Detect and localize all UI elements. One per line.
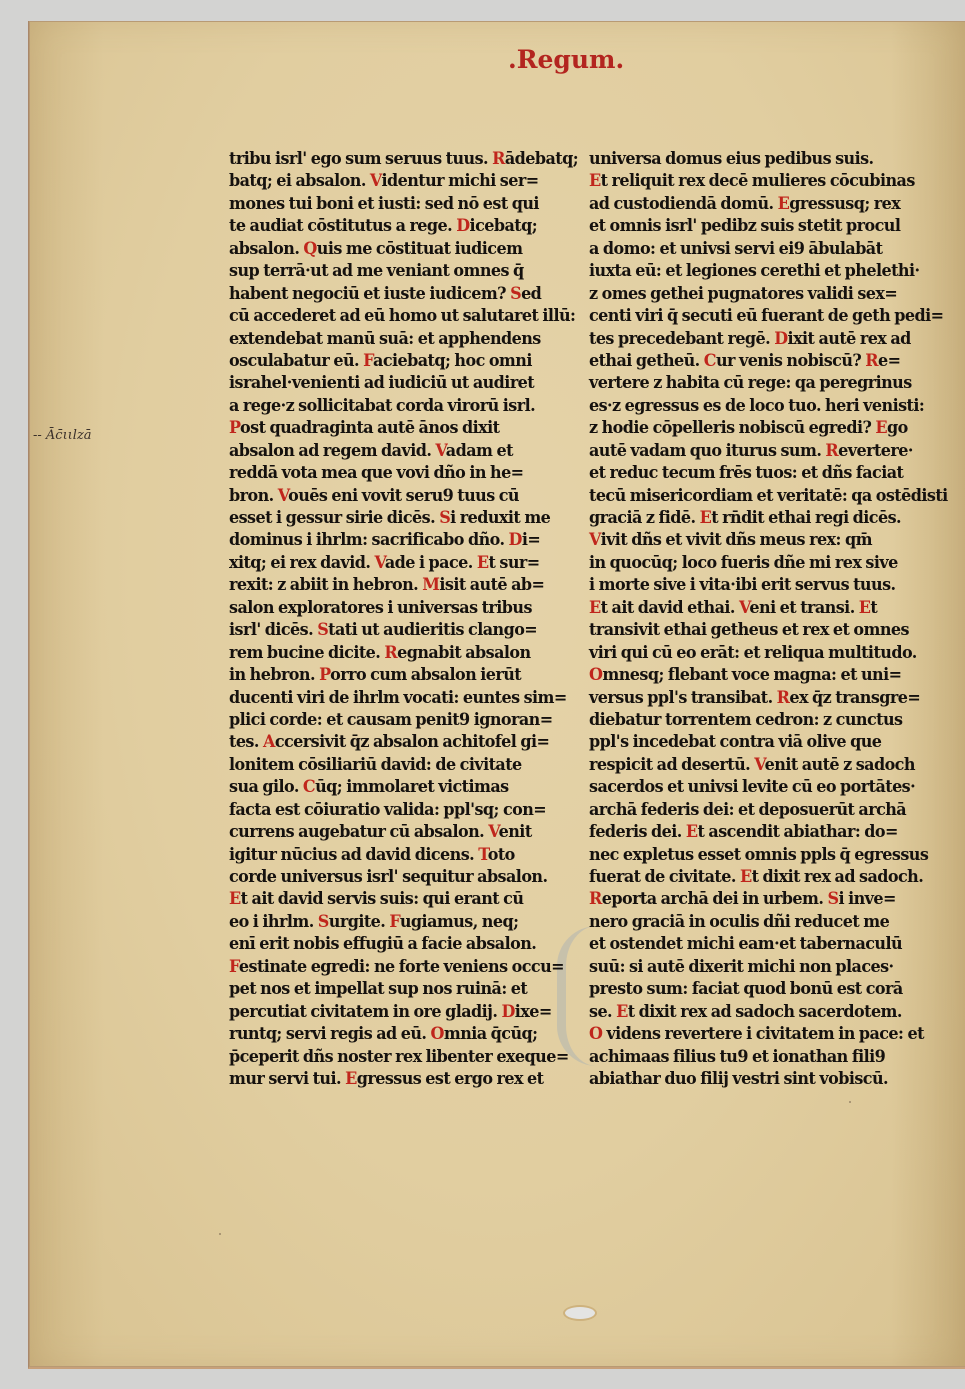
running-head: .Regum.: [508, 45, 624, 74]
text-line: Omnesq; flebant voce magna: et uni=: [589, 664, 896, 686]
text-segment: enit autē z sadoch: [765, 755, 915, 775]
text-line: in hebron. Porro cum absalon ierūt: [229, 664, 536, 686]
text-segment: universa domus eius pedibus suis.: [589, 149, 874, 169]
text-segment: nec expletus esset omnis ppls q̄ egressu…: [589, 845, 928, 865]
rubricated-capital: E: [229, 889, 241, 909]
text-segment: reddā vota mea que vovi dño in he=: [229, 463, 524, 483]
rubricated-capital: T: [478, 845, 488, 865]
rubricated-capital: D: [456, 216, 469, 236]
ink-fleck: [849, 1101, 851, 1103]
rubricated-capital: O: [589, 1024, 602, 1044]
text-line: ppl's incedebat contra viā olive que: [589, 731, 896, 753]
text-segment: enit: [499, 822, 532, 842]
text-segment: suū: si autē dixerit michi non places·: [589, 957, 894, 977]
text-line: tes. Accersivit q̄z absalon achitofel gi…: [229, 731, 536, 753]
text-segment: i inve=: [838, 889, 895, 909]
text-segment: transivit ethai getheus et rex et omnes: [589, 620, 909, 640]
text-segment: e=: [878, 351, 900, 371]
text-line: percutiat civitatem in ore gladij. Dixe=: [229, 1001, 536, 1023]
text-segment: t reliquit rex decē mulieres cōcubinas: [601, 171, 915, 191]
text-line: presto sum: faciat quod bonū est corā: [589, 978, 896, 1000]
rubricated-capital: E: [589, 598, 601, 618]
text-line: vertere z habita cū rege: qa peregrinus: [589, 372, 896, 394]
text-segment: tecū misericordiam et veritatē: qa ostēd…: [589, 486, 948, 506]
text-segment: abiathar duo filij vestri sint vobiscū.: [589, 1069, 888, 1089]
text-line: absalon ad regem david. Vadam et: [229, 440, 536, 462]
text-segment: a rege·z sollicitabat corda virorū isrl.: [229, 396, 535, 416]
text-line: nec expletus esset omnis ppls q̄ egressu…: [589, 844, 896, 866]
text-line: centi viri q̄ secuti eū fuerant de geth …: [589, 305, 896, 327]
rubricated-capital: D: [509, 530, 522, 550]
text-line: graciā z fidē. Et rn̄dit ethai regi dicē…: [589, 507, 896, 529]
rubricated-capital: C: [704, 351, 716, 371]
text-segment: t: [870, 598, 877, 618]
text-segment: estinate egredi: ne forte veniens occu=: [239, 957, 564, 977]
text-line: igitur nūcius ad david dicens. Toto: [229, 844, 536, 866]
text-segment: tes precedebant regē.: [589, 329, 774, 349]
text-line: Reporta archā dei in urbem. Si inve=: [589, 888, 896, 910]
text-segment: versus ppl's transibat.: [589, 688, 777, 708]
text-segment: t ait david ethai.: [601, 598, 739, 618]
text-segment: ppl's incedebat contra viā olive que: [589, 732, 881, 752]
rubricated-capital: E: [616, 1002, 628, 1022]
text-segment: rexit: z abiit in hebron.: [229, 575, 422, 595]
text-line: federis dei. Et ascendit abiathar: do=: [589, 821, 896, 843]
text-segment: ed: [521, 284, 541, 304]
text-segment: presto sum: faciat quod bonū est corā: [589, 979, 903, 999]
text-segment: ost quadraginta autē ānos dixit: [240, 418, 499, 438]
text-segment: runtq; servi regis ad eū.: [229, 1024, 430, 1044]
text-line: xitq; ei rex david. Vade i pace. Et sur=: [229, 552, 536, 574]
text-segment: eni et transi.: [749, 598, 858, 618]
rubricated-capital: Q: [303, 239, 316, 259]
rubricated-capital: V: [370, 171, 382, 191]
rubricated-capital: R: [777, 688, 790, 708]
rubricated-capital: C: [303, 777, 315, 797]
text-line: rexit: z abiit in hebron. Misit autē ab=: [229, 574, 536, 596]
text-line: sua gilo. Cūq; immolaret victimas: [229, 776, 536, 798]
text-segment: ethai getheū.: [589, 351, 704, 371]
text-segment: ouēs eni vovit seru9 tuus cū: [288, 486, 519, 506]
text-segment: identur michi ser=: [381, 171, 538, 191]
text-segment: ivit dñs et vivit dñs meus rex: qm̄: [601, 530, 872, 550]
text-segment: isit autē ab=: [439, 575, 544, 595]
rubricated-capital: R: [865, 351, 878, 371]
text-segment: autē vadam quo iturus sum.: [589, 441, 825, 461]
rubricated-capital: F: [389, 912, 400, 932]
text-line: osculabatur eū. Faciebatq; hoc omni: [229, 350, 536, 372]
rubricated-capital: R: [589, 889, 602, 909]
rubricated-capital: R: [384, 643, 397, 663]
text-segment: z hodie cōpelleris nobiscū egredi?: [589, 418, 875, 438]
text-segment: orro cum absalon ierūt: [330, 665, 521, 685]
rubricated-capital: D: [501, 1002, 514, 1022]
text-line: dominus i ihrlm: sacrificabo dño. Di=: [229, 529, 536, 551]
text-line: a rege·z sollicitabat corda virorū isrl.: [229, 395, 536, 417]
text-line: ducenti viri de ihrlm vocati: euntes sim…: [229, 687, 536, 709]
text-segment: t ascendit abiathar: do=: [698, 822, 898, 842]
text-segment: ādebatq;: [505, 149, 578, 169]
text-line: et ostendet michi eam·et tabernaculū: [589, 933, 896, 955]
text-segment: t dixit rex ad sadoch sacerdotem.: [628, 1002, 902, 1022]
text-line: reddā vota mea que vovi dño in he=: [229, 462, 536, 484]
rubricated-capital: A: [263, 732, 275, 752]
text-segment: facta est cōiuratio valida: ppl'sq; con=: [229, 800, 546, 820]
text-segment: esset i gessur sirie dicēs.: [229, 508, 439, 528]
text-line: abiathar duo filij vestri sint vobiscū.: [589, 1068, 896, 1090]
text-segment: salon exploratores i universas tribus: [229, 598, 532, 618]
text-segment: sacerdos et univsi levite cū eo portātes…: [589, 777, 915, 797]
text-segment: corde universus isrl' sequitur absalon.: [229, 867, 547, 887]
text-line: ethai getheū. Cur venis nobiscū? Re=: [589, 350, 896, 372]
text-segment: urgite.: [329, 912, 390, 932]
text-column-right: universa domus eius pedibus suis.Et reli…: [589, 148, 896, 1090]
text-line: te audiat cōstitutus a rege. Dicebatq;: [229, 215, 536, 237]
text-segment: achimaas filius tu9 et ionathan fili9: [589, 1047, 885, 1067]
text-line: transivit ethai getheus et rex et omnes: [589, 619, 896, 641]
text-line: tecū misericordiam et veritatē: qa ostēd…: [589, 485, 896, 507]
text-line: archā federis dei: et deposuerūt archā: [589, 799, 896, 821]
text-segment: habent negociū et iuste iudicem?: [229, 284, 510, 304]
text-line: Festinate egredi: ne forte veniens occu=: [229, 956, 536, 978]
text-line: O videns revertere i civitatem in pace: …: [589, 1023, 896, 1045]
text-line: pet nos et impellat sup nos ruinā: et: [229, 978, 536, 1000]
text-line: et reduc tecum frēs tuos: et dñs faciat: [589, 462, 896, 484]
text-line: ad custodiendā domū. Egressusq; rex: [589, 193, 896, 215]
rubricated-capital: O: [589, 665, 602, 685]
text-segment: es·z egressus es de loco tuo. heri venis…: [589, 396, 924, 416]
text-segment: viri qui cū eo erāt: et reliqua multitud…: [589, 643, 917, 663]
rubricated-capital: V: [754, 755, 764, 775]
rubricated-capital: V: [488, 822, 498, 842]
text-line: cū accederet ad eū homo ut salutaret ill…: [229, 305, 536, 327]
ink-fleck: [219, 1233, 221, 1235]
text-segment: ugiamus, neq;: [400, 912, 519, 932]
rubricated-capital: R: [825, 441, 838, 461]
rubricated-capital: E: [875, 418, 887, 438]
text-segment: se.: [589, 1002, 616, 1022]
text-segment: ccersivit q̄z absalon achitofel gi=: [275, 732, 550, 752]
text-segment: pet nos et impellat sup nos ruinā: et: [229, 979, 527, 999]
rubricated-capital: E: [477, 553, 489, 573]
text-line: z hodie cōpelleris nobiscū egredi? Ego: [589, 417, 896, 439]
text-segment: iuxta eū: et legiones cerethi et pheleth…: [589, 261, 920, 281]
text-line: Et reliquit rex decē mulieres cōcubinas: [589, 170, 896, 192]
text-segment: currens augebatur cū absalon.: [229, 822, 488, 842]
text-segment: isrl' dicēs.: [229, 620, 317, 640]
text-segment: respicit ad desertū.: [589, 755, 754, 775]
text-segment: et reduc tecum frēs tuos: et dñs faciat: [589, 463, 903, 483]
text-segment: centi viri q̄ secuti eū fuerant de geth …: [589, 306, 943, 326]
text-line: Vivit dñs et vivit dñs meus rex: qm̄: [589, 529, 896, 551]
text-segment: rem bucine dicite.: [229, 643, 384, 663]
text-line: diebatur torrentem cedron: z cunctus: [589, 709, 896, 731]
text-segment: tribu isrl' ego sum seruus tuus.: [229, 149, 492, 169]
text-line: achimaas filius tu9 et ionathan fili9: [589, 1046, 896, 1068]
text-segment: ade i pace.: [385, 553, 477, 573]
text-line: habent negociū et iuste iudicem? Sed: [229, 283, 536, 305]
text-line: fuerat de civitate. Et dixit rex ad sado…: [589, 866, 896, 888]
text-segment: sua gilo.: [229, 777, 303, 797]
rubricated-capital: M: [422, 575, 439, 595]
text-segment: mnesq; flebant voce magna: et uni=: [602, 665, 901, 685]
text-segment: uis me cōstituat iudicem: [317, 239, 523, 259]
text-segment: mnia q̄cūq;: [444, 1024, 538, 1044]
text-segment: bron.: [229, 486, 278, 506]
rubricated-capital: S: [439, 508, 450, 528]
text-segment: vertere z habita cū rege: qa peregrinus: [589, 373, 912, 393]
paper-hole: [565, 1307, 595, 1319]
text-segment: tati ut audieritis clango=: [328, 620, 537, 640]
text-segment: i morte sive i vita·ibi erit servus tuus…: [589, 575, 896, 595]
text-line: enī erit nobis effugiū a facie absalon.: [229, 933, 536, 955]
text-segment: extendebat manū suā: et apphendens: [229, 329, 541, 349]
rubricated-capital: V: [435, 441, 445, 461]
rubricated-capital: S: [827, 889, 838, 909]
text-segment: batq; ei absalon.: [229, 171, 370, 191]
text-segment: graciā z fidē.: [589, 508, 700, 528]
rubricated-capital: V: [278, 486, 288, 506]
text-segment: go: [887, 418, 908, 438]
rubricated-capital: V: [739, 598, 749, 618]
text-segment: ducenti viri de ihrlm vocati: euntes sim…: [229, 688, 567, 708]
text-line: z omes gethei pugnatores validi sex=: [589, 283, 896, 305]
rubricated-capital: O: [430, 1024, 443, 1044]
text-segment: t sur=: [488, 553, 539, 573]
text-segment: adam et: [446, 441, 513, 461]
text-segment: dominus i ihrlm: sacrificabo dño.: [229, 530, 509, 550]
text-segment: enī erit nobis effugiū a facie absalon.: [229, 934, 536, 954]
rubricated-capital: S: [510, 284, 521, 304]
text-line: bron. Vouēs eni vovit seru9 tuus cū: [229, 485, 536, 507]
margin-note: -- Āc̄ιιlzā: [33, 428, 92, 443]
text-line: se. Et dixit rex ad sadoch sacerdotem.: [589, 1001, 896, 1023]
text-segment: archā federis dei: et deposuerūt archā: [589, 800, 906, 820]
text-line: mur servi tui. Egressus est ergo rex et: [229, 1068, 536, 1090]
rubricated-capital: E: [700, 508, 712, 528]
text-segment: ūq; immolaret victimas: [315, 777, 508, 797]
text-line: p̄ceperit dñs noster rex libenter exeque…: [229, 1046, 536, 1068]
text-segment: oto: [488, 845, 515, 865]
text-line: currens augebatur cū absalon. Venit: [229, 821, 536, 843]
text-segment: percutiat civitatem in ore gladij.: [229, 1002, 501, 1022]
text-line: autē vadam quo iturus sum. Revertere·: [589, 440, 896, 462]
rubricated-capital: E: [686, 822, 698, 842]
text-line: versus ppl's transibat. Rex q̄z transgre…: [589, 687, 896, 709]
text-segment: gressusq; rex: [789, 194, 900, 214]
text-line: Post quadraginta autē ānos dixit: [229, 417, 536, 439]
text-segment: fuerat de civitate.: [589, 867, 740, 887]
text-line: tes precedebant regē. Dixit autē rex ad: [589, 328, 896, 350]
text-segment: in quocūq; loco fueris dñe mi rex sive: [589, 553, 898, 573]
text-line: esset i gessur sirie dicēs. Si reduxit m…: [229, 507, 536, 529]
text-segment: xitq; ei rex david.: [229, 553, 374, 573]
text-line: sup terrā·ut ad me veniant omnes q̄: [229, 260, 536, 282]
rubricated-capital: P: [319, 665, 330, 685]
text-line: in quocūq; loco fueris dñe mi rex sive: [589, 552, 896, 574]
text-segment: eporta archā dei in urbem.: [602, 889, 828, 909]
text-segment: a domo: et univsi servi ei9 ābulabāt: [589, 239, 882, 259]
text-column-left: tribu isrl' ego sum seruus tuus. Rādebat…: [229, 148, 536, 1090]
text-line: et omnis isrl' pedibz suis stetit procul: [589, 215, 896, 237]
text-line: a domo: et univsi servi ei9 ābulabāt: [589, 238, 896, 260]
text-line: Et ait david ethai. Veni et transi. Et: [589, 597, 896, 619]
text-segment: absalon.: [229, 239, 303, 259]
text-line: salon exploratores i universas tribus: [229, 597, 536, 619]
rubricated-capital: S: [318, 912, 329, 932]
text-segment: i=: [522, 530, 540, 550]
text-segment: t ait david servis suis: qui erant cū: [241, 889, 524, 909]
text-segment: ad custodiendā domū.: [589, 194, 778, 214]
text-line: batq; ei absalon. Videntur michi ser=: [229, 170, 536, 192]
text-line: i morte sive i vita·ibi erit servus tuus…: [589, 574, 896, 596]
rubricated-capital: F: [363, 351, 373, 371]
text-segment: icebatq;: [470, 216, 538, 236]
rubricated-capital: E: [589, 171, 601, 191]
text-line: viri qui cū eo erāt: et reliqua multitud…: [589, 642, 896, 664]
text-segment: mur servi tui.: [229, 1069, 345, 1089]
rubricated-capital: S: [317, 620, 328, 640]
text-segment: in hebron.: [229, 665, 319, 685]
text-segment: israhel·venienti ad iudiciū ut audiret: [229, 373, 534, 393]
text-line: suū: si autē dixerit michi non places·: [589, 956, 896, 978]
text-line: iuxta eū: et legiones cerethi et pheleth…: [589, 260, 896, 282]
text-segment: t dixit rex ad sadoch.: [752, 867, 924, 887]
text-segment: ur venis nobiscū?: [716, 351, 865, 371]
text-line: runtq; servi regis ad eū. Omnia q̄cūq;: [229, 1023, 536, 1045]
text-line: plici corde: et causam penit9 ignoran=: [229, 709, 536, 731]
text-segment: et omnis isrl' pedibz suis stetit procul: [589, 216, 900, 236]
text-line: corde universus isrl' sequitur absalon.: [229, 866, 536, 888]
text-line: isrl' dicēs. Stati ut audieritis clango=: [229, 619, 536, 641]
text-segment: egnabit absalon: [397, 643, 530, 663]
rubricated-capital: P: [229, 418, 240, 438]
text-segment: federis dei.: [589, 822, 686, 842]
text-segment: evertere·: [838, 441, 913, 461]
text-line: es·z egressus es de loco tuo. heri venis…: [589, 395, 896, 417]
rubricated-capital: D: [774, 329, 787, 349]
text-segment: nero graciā in oculis dñi reducet me: [589, 912, 889, 932]
rubricated-capital: V: [374, 553, 384, 573]
text-segment: z omes gethei pugnatores validi sex=: [589, 284, 897, 304]
text-line: extendebat manū suā: et apphendens: [229, 328, 536, 350]
text-line: lonitem cōsiliariū david: de civitate: [229, 754, 536, 776]
text-segment: absalon ad regem david.: [229, 441, 435, 461]
rubricated-capital: E: [859, 598, 871, 618]
text-line: israhel·venienti ad iudiciū ut audiret: [229, 372, 536, 394]
text-segment: igitur nūcius ad david dicens.: [229, 845, 478, 865]
text-segment: gressus est ergo rex et: [357, 1069, 544, 1089]
text-line: rem bucine dicite. Regnabit absalon: [229, 642, 536, 664]
text-segment: cū accederet ad eū homo ut salutaret ill…: [229, 306, 575, 326]
text-line: absalon. Quis me cōstituat iudicem: [229, 238, 536, 260]
text-line: Et ait david servis suis: qui erant cū: [229, 888, 536, 910]
text-line: facta est cōiuratio valida: ppl'sq; con=: [229, 799, 536, 821]
text-segment: diebatur torrentem cedron: z cunctus: [589, 710, 902, 730]
text-line: mones tui boni et iusti: sed nō est qui: [229, 193, 536, 215]
text-segment: lonitem cōsiliariū david: de civitate: [229, 755, 522, 775]
text-segment: i reduxit me: [450, 508, 550, 528]
text-segment: tes.: [229, 732, 263, 752]
text-segment: osculabatur eū.: [229, 351, 363, 371]
rubricated-capital: E: [778, 194, 790, 214]
text-segment: ixit autē rex ad: [788, 329, 911, 349]
text-line: universa domus eius pedibus suis.: [589, 148, 896, 170]
text-segment: plici corde: et causam penit9 ignoran=: [229, 710, 553, 730]
rubricated-capital: E: [740, 867, 752, 887]
rubricated-capital: E: [345, 1069, 357, 1089]
text-segment: mones tui boni et iusti: sed nō est qui: [229, 194, 539, 214]
text-segment: et ostendet michi eam·et tabernaculū: [589, 934, 902, 954]
text-segment: sup terrā·ut ad me veniant omnes q̄: [229, 261, 524, 281]
text-segment: t rn̄dit ethai regi dicēs.: [711, 508, 901, 528]
text-segment: videns revertere i civitatem in pace: et: [602, 1024, 924, 1044]
text-segment: te audiat cōstitutus a rege.: [229, 216, 456, 236]
text-line: respicit ad desertū. Venit autē z sadoch: [589, 754, 896, 776]
text-line: tribu isrl' ego sum seruus tuus. Rādebat…: [229, 148, 536, 170]
text-segment: p̄ceperit dñs noster rex libenter exeque…: [229, 1047, 569, 1067]
text-segment: ixe=: [515, 1002, 552, 1022]
text-segment: aciebatq; hoc omni: [373, 351, 532, 371]
text-line: eo i ihrlm. Surgite. Fugiamus, neq;: [229, 911, 536, 933]
text-line: sacerdos et univsi levite cū eo portātes…: [589, 776, 896, 798]
rubricated-capital: V: [589, 530, 601, 550]
text-segment: eo i ihrlm.: [229, 912, 318, 932]
text-segment: ex q̄z transgre=: [789, 688, 920, 708]
rubricated-capital: F: [229, 957, 239, 977]
text-line: nero graciā in oculis dñi reducet me: [589, 911, 896, 933]
rubricated-capital: R: [492, 149, 505, 169]
